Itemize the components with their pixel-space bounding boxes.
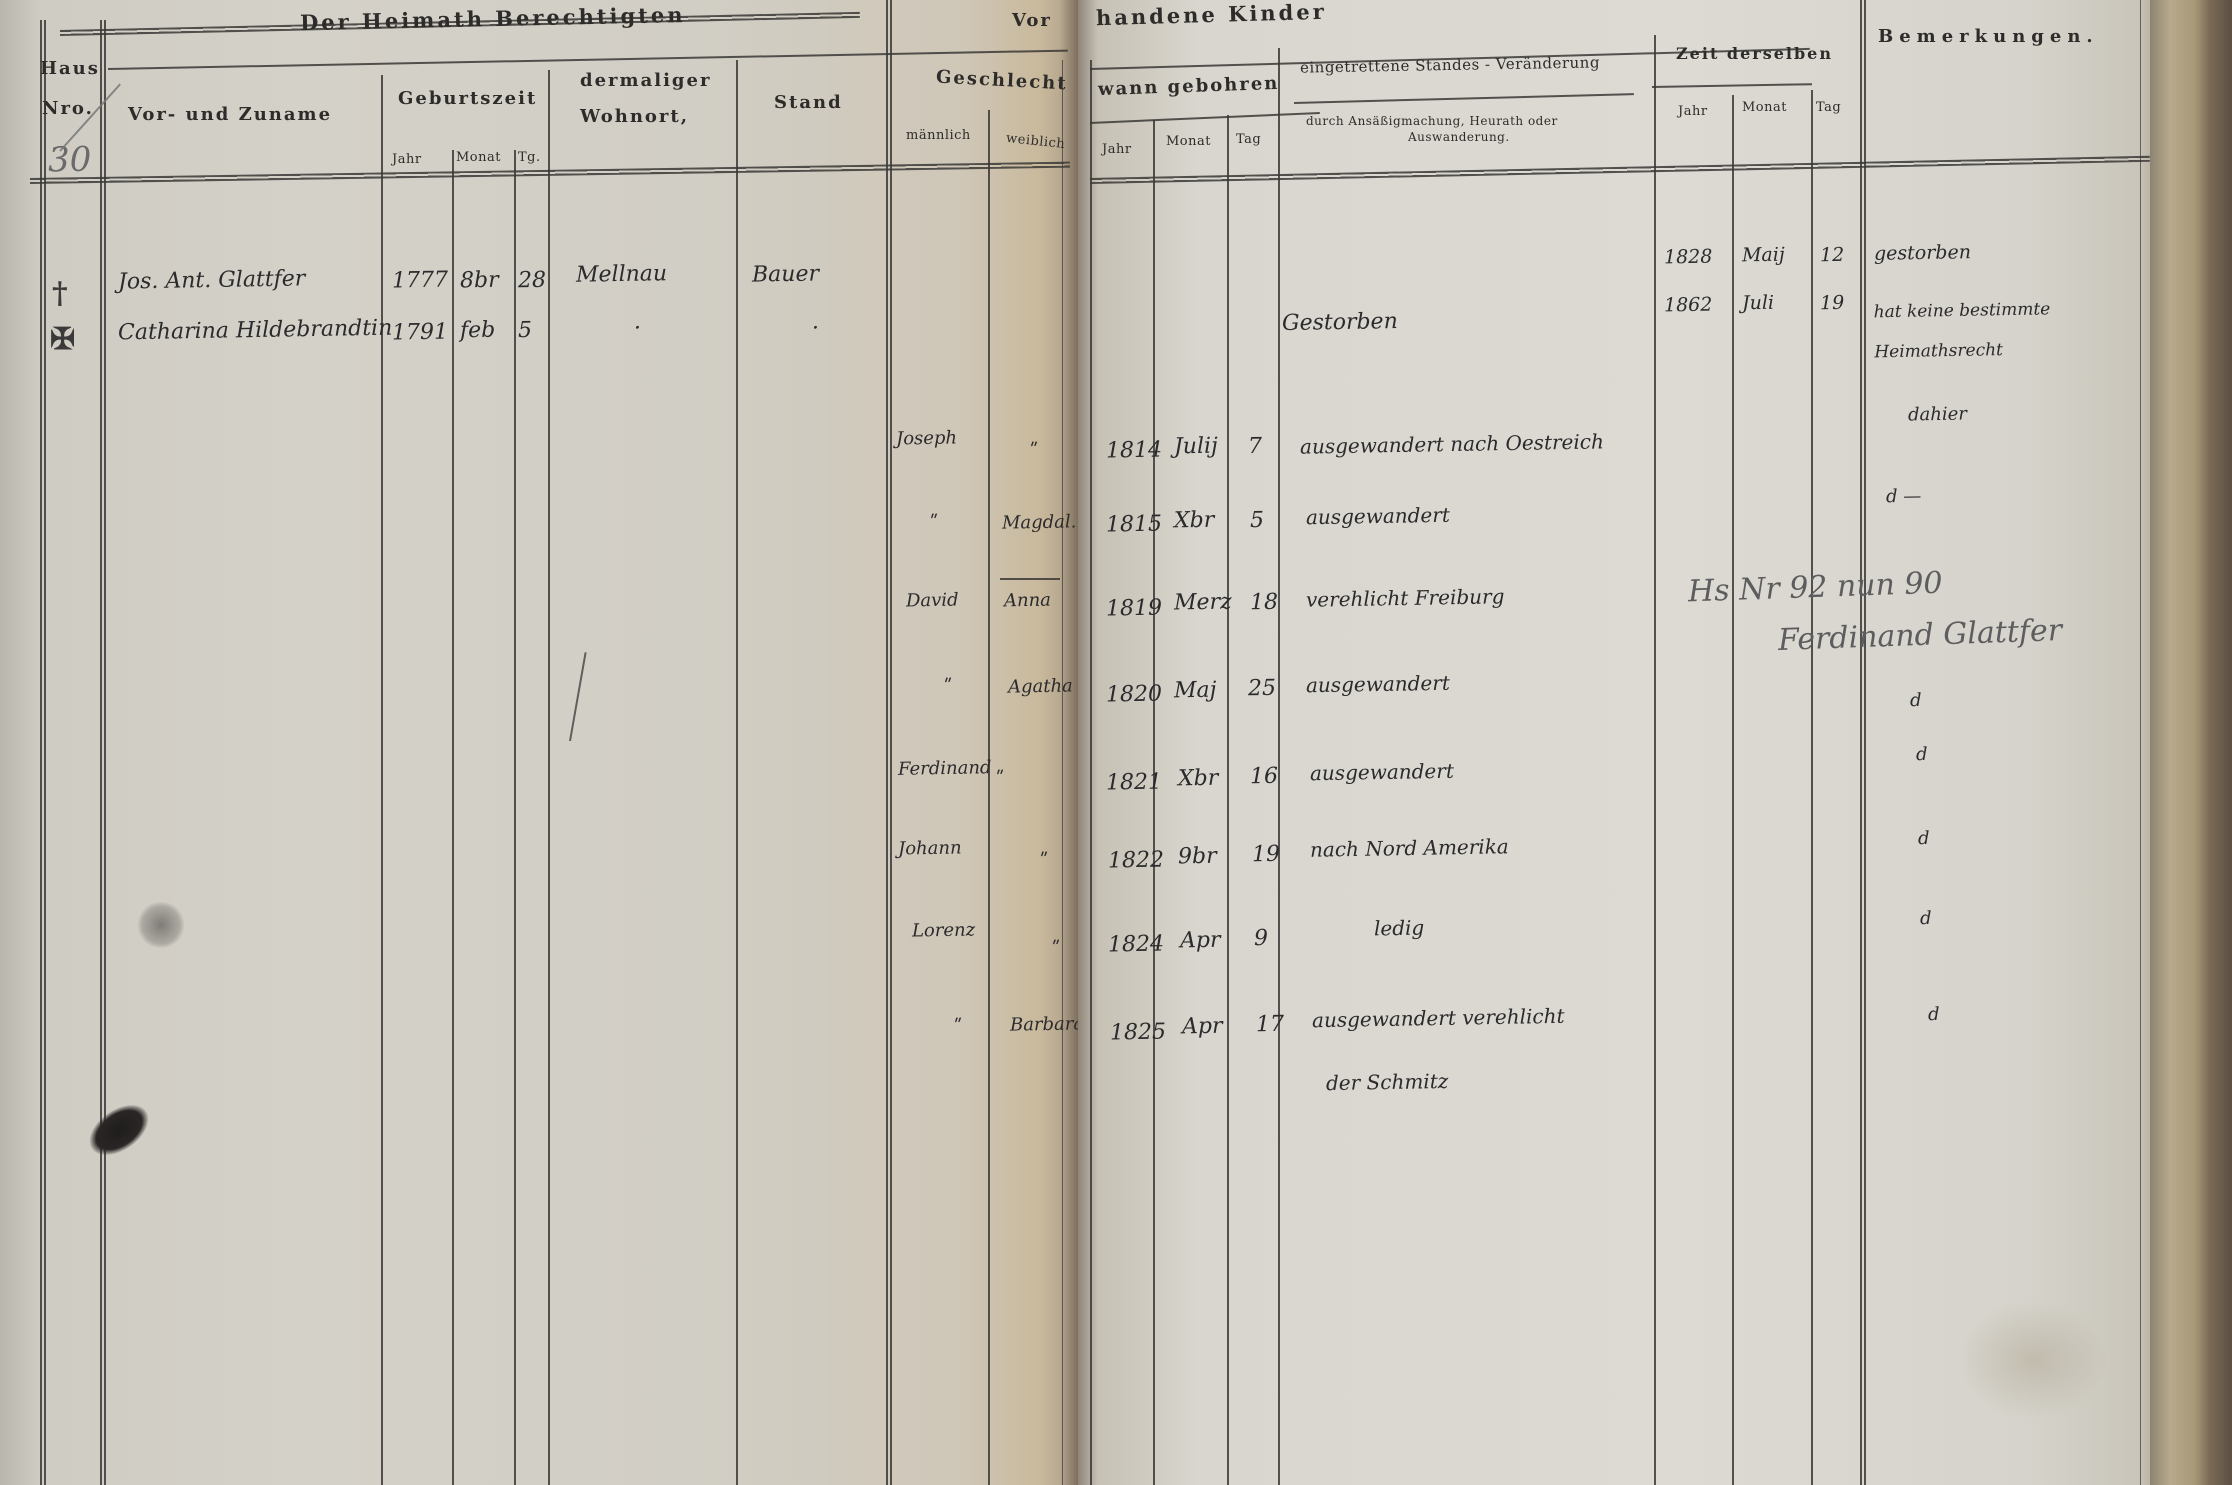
haus-label: Haus [40, 58, 100, 79]
father-wohnort: Mellnau [576, 261, 668, 288]
paper-stain [1958, 1300, 2108, 1420]
veraenderung-sub-line2: Auswanderung. [1408, 130, 1510, 144]
child-5-birth-day: 16 [1250, 764, 1278, 789]
father-event-year: 1828 [1664, 246, 1713, 269]
child-6-male: Johann [898, 837, 962, 859]
section-title-vor: Vor [1012, 10, 1052, 31]
child-birth-day-rule [1278, 48, 1280, 1485]
child-4-bemerkung: d [1910, 690, 1922, 711]
geburtszeit-monat-header: Monat [456, 150, 501, 165]
child-2-birth-year: 1815 [1106, 512, 1162, 538]
child-7-birth-year: 1824 [1108, 932, 1164, 958]
child-1-bemerkung: dahier [1908, 403, 1967, 425]
header-subtitle-rule [108, 50, 1068, 70]
child-3-veraenderung: verehlicht Freiburg [1306, 584, 1505, 611]
child-2-male: ʺ [930, 512, 939, 533]
house-number: 30 [48, 140, 92, 181]
child-1-female: ʺ [1030, 440, 1039, 461]
mother-event-month: Juli [1742, 292, 1774, 315]
child-7-birth-month: Apr [1180, 928, 1221, 954]
father-birth-year: 1777 [392, 268, 448, 294]
child-8-veraenderung: ausgewandert verehlicht [1312, 1004, 1565, 1032]
child-5-female: ʺ [996, 768, 1005, 789]
birth-month-rule [514, 150, 516, 1485]
child-7-bemerkung: d [1920, 908, 1932, 929]
geschlecht-maennlich-header: männlich [906, 128, 971, 143]
pencil-note-line1: Hs Nr 92 nun 90 [1687, 566, 1943, 610]
bemerkungen-column-rule [1860, 0, 1866, 1485]
zeit-derselben-header: Zeit derselben [1676, 44, 1833, 63]
child-2-birth-month: Xbr [1174, 508, 1215, 534]
child-2-veraenderung: ausgewandert [1306, 503, 1450, 530]
father-birth-day: 28 [518, 268, 546, 293]
geburtszeit-tag-header: Tg. [518, 150, 541, 165]
veraenderung-sub-rule [1294, 93, 1634, 104]
geburtszeit-jahr-header: Jahr [392, 152, 422, 167]
wann-gebohren-header: wann gebohren [1098, 73, 1280, 100]
ink-smudge [136, 902, 186, 948]
mother-birth-year: 1791 [392, 320, 448, 346]
father-bemerkung: gestorben [1874, 241, 1971, 265]
child-7-male: Lorenz [912, 919, 975, 941]
ink-blot [80, 1095, 157, 1166]
child-3-female: Anna [1004, 590, 1051, 612]
mother-birth-day: 5 [518, 318, 532, 343]
child-2-birth-day: 5 [1250, 508, 1264, 533]
child-2-bemerkung: d — [1886, 486, 1922, 508]
right-page-inner-rule [1090, 60, 1092, 1485]
zeit-tag-header: Tag [1816, 100, 1841, 115]
birth-day-rule [548, 70, 550, 1485]
child-8-bemerkung: d [1928, 1004, 1940, 1025]
mother-stand: · [812, 316, 819, 341]
zeit-monat-rule [1811, 90, 1813, 1485]
child-4-birth-year: 1820 [1106, 682, 1162, 708]
stand-column-header: Stand [774, 92, 843, 113]
child-3-birth-year: 1819 [1106, 596, 1162, 622]
haus-column-rule [100, 20, 106, 1485]
child-1-birth-year: 1814 [1106, 438, 1162, 464]
open-register-book: Der Heimath Berechtigten Vor Haus Nro. V… [0, 0, 2232, 1485]
right-page: handene Kinder wann gebohren Jahr Monat … [1078, 0, 2170, 1485]
wohnort-header-line1: dermaliger [580, 70, 711, 91]
book-edge [2150, 0, 2232, 1485]
father-event-day: 12 [1820, 244, 1845, 266]
child-6-bemerkung: d [1918, 828, 1930, 849]
mother-bemerkung: hat keine bestimmte Heimathsrecht [1873, 288, 2144, 373]
father-event-month: Maij [1742, 244, 1785, 267]
child-1-birth-month: Julij [1174, 434, 1218, 460]
mother-name: Catharina Hildebrandtin [118, 316, 393, 346]
child-5-birth-year: 1821 [1106, 770, 1162, 796]
stray-pen-stroke [569, 652, 587, 741]
child-5-birth-month: Xbr [1178, 766, 1219, 792]
child-8-veraenderung-line2: der Schmitz [1326, 1069, 1449, 1095]
right-page-outer-rule [2140, 0, 2141, 1485]
child-3-strikethrough [1000, 578, 1060, 580]
veraenderung-column-rule [1654, 35, 1656, 1485]
left-page: Der Heimath Berechtigten Vor Haus Nro. V… [0, 0, 1078, 1485]
child-5-bemerkung: d [1916, 744, 1928, 765]
child-monat-header: Monat [1166, 134, 1211, 149]
bemerkungen-header: Bemerkungen. [1878, 26, 2099, 47]
birth-year-rule [452, 150, 454, 1485]
geboren-sub-rule [1090, 112, 1320, 124]
geschlecht-weiblich-header: weiblich [1005, 131, 1066, 152]
child-1-veraenderung: ausgewandert nach Oestreich [1300, 429, 1604, 458]
deceased-cross-icon: † [52, 276, 68, 311]
wohnort-column-rule [736, 60, 738, 1485]
section-title-handene-kinder: handene Kinder [1096, 0, 1327, 30]
left-border-rule [40, 20, 46, 1485]
father-stand: Bauer [752, 261, 819, 287]
mother-wohnort: · [634, 316, 641, 341]
child-7-veraenderung: ledig [1374, 916, 1425, 941]
child-3-birth-day: 18 [1250, 590, 1278, 615]
child-4-birth-day: 25 [1248, 676, 1276, 701]
veraenderung-sub-line1: durch Ansäßigmachung, Heurath oder [1306, 114, 1558, 128]
geschlecht-column-header: Geschlecht [936, 67, 1069, 95]
child-birth-month-rule [1227, 115, 1229, 1485]
father-birth-month: 8br [460, 268, 499, 294]
standes-veraenderung-header: eingetrettene Standes - Veränderung [1300, 53, 1600, 76]
child-1-male: Joseph [896, 427, 957, 449]
section-title-heimath-berechtigten: Der Heimath Berechtigten [300, 2, 686, 35]
geschlecht-divider-rule [988, 110, 990, 1485]
child-tag-header: Tag [1236, 132, 1261, 147]
mother-event-day: 19 [1820, 292, 1845, 314]
child-3-male: David [906, 590, 959, 612]
child-6-birth-year: 1822 [1108, 848, 1164, 874]
father-name: Jos. Ant. Glattfer [118, 266, 306, 294]
right-header-bottom-rule [1090, 156, 2150, 184]
child-6-birth-day: 19 [1252, 842, 1280, 867]
name-column-header: Vor- und Zuname [128, 104, 332, 125]
name-column-rule [381, 75, 383, 1485]
child-birth-year-rule [1153, 120, 1155, 1485]
geburtszeit-column-header: Geburtszeit [398, 88, 537, 109]
nro-label: Nro. [42, 98, 94, 119]
child-8-birth-year: 1825 [1110, 1020, 1166, 1046]
child-jahr-header: Jahr [1102, 142, 1132, 157]
mother-veraenderung: Gestorben [1282, 309, 1398, 336]
child-3-birth-month: Merz [1174, 589, 1232, 615]
child-4-veraenderung: ausgewandert [1306, 671, 1450, 698]
child-8-male: ʺ [954, 1016, 963, 1037]
deceased-cross-pattee-icon: ✠ [50, 322, 75, 357]
zeit-jahr-header: Jahr [1678, 104, 1708, 119]
child-6-veraenderung: nach Nord Amerika [1310, 834, 1509, 861]
child-4-male: ʺ [944, 676, 953, 697]
mother-event-year: 1862 [1664, 294, 1713, 317]
child-8-birth-month: Apr [1182, 1014, 1223, 1040]
zeit-sub-rule [1652, 83, 1812, 88]
stand-column-rule [886, 0, 892, 1485]
child-7-birth-day: 9 [1254, 926, 1268, 951]
mother-birth-month: feb [460, 318, 496, 344]
child-5-veraenderung: ausgewandert [1310, 759, 1454, 786]
child-1-birth-day: 7 [1248, 434, 1262, 459]
child-8-birth-day: 17 [1256, 1012, 1284, 1037]
zeit-monat-header: Monat [1742, 100, 1787, 115]
wohnort-header-line2: Wohnort, [580, 106, 689, 127]
pencil-note-line2: Ferdinand Glattfer [1777, 613, 2062, 658]
zeit-jahr-rule [1732, 95, 1734, 1485]
child-6-birth-month: 9br [1178, 844, 1217, 870]
child-6-female: ʺ [1040, 850, 1049, 871]
child-4-birth-month: Maj [1174, 678, 1217, 704]
child-5-male: Ferdinand [898, 757, 992, 780]
